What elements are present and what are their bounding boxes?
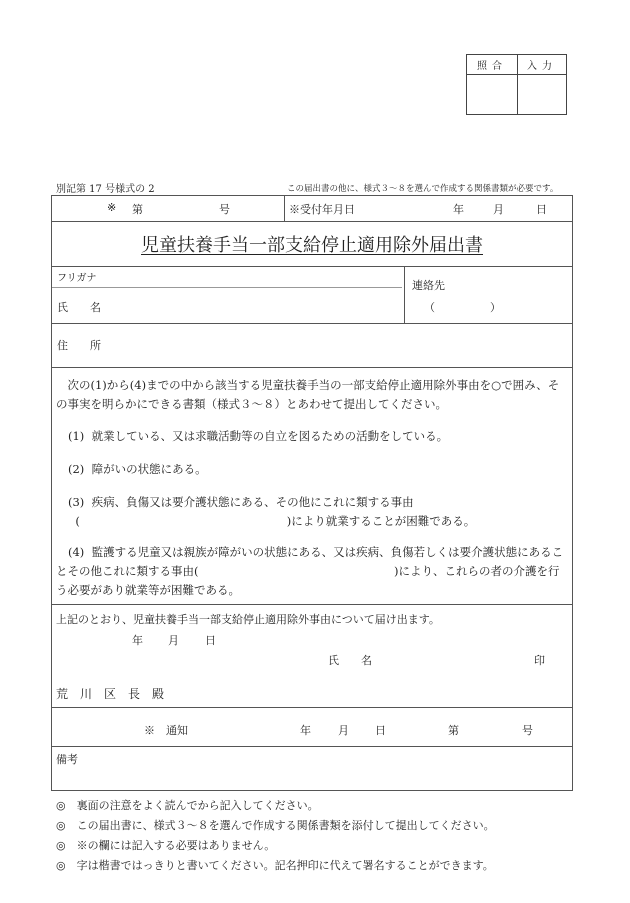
number-dai: 第 bbox=[132, 201, 143, 217]
address-field[interactable] bbox=[112, 324, 572, 366]
number-mark: ※ bbox=[107, 201, 116, 214]
item-1[interactable]: (1) 就業している、又は求職活動等の自立を図るための活動をしている。 bbox=[68, 427, 568, 446]
declaration-day: 日 bbox=[205, 632, 216, 648]
footnote-3: ◎ ※の欄には記入する必要はありません。 bbox=[56, 837, 275, 853]
remarks-field[interactable] bbox=[52, 747, 572, 790]
check-label: 照合 bbox=[467, 57, 517, 72]
contact-field[interactable] bbox=[405, 267, 573, 323]
seal-mark: 印 bbox=[534, 652, 545, 668]
declaration-month: 月 bbox=[168, 632, 179, 648]
notice-year: 年 bbox=[300, 722, 311, 738]
instructions-intro: 次の(1)から(4)までの中から該当する児童扶養手当の一部支給停止適用除外事由を… bbox=[56, 376, 570, 414]
verification-box: 照合 入力 bbox=[466, 54, 567, 115]
form-title: 児童扶養手当一部支給停止適用除外届出書 bbox=[52, 231, 572, 257]
notice-dai: 第 bbox=[448, 722, 459, 738]
address-label: 住 所 bbox=[57, 337, 101, 353]
footnote-1: ◎ 裏面の注意をよく読んでから記入してください。 bbox=[56, 797, 319, 813]
received-year: 年 bbox=[453, 201, 464, 217]
declaration-text: 上記のとおり、児童扶養手当一部支給停止適用除外事由について届け出ます。 bbox=[56, 611, 440, 627]
received-date-label: ※受付年月日 bbox=[289, 201, 355, 217]
received-day: 日 bbox=[536, 201, 547, 217]
notice-go: 号 bbox=[522, 722, 533, 738]
declaration-year: 年 bbox=[132, 632, 143, 648]
furigana-field[interactable] bbox=[52, 267, 403, 287]
declarant-name-label: 氏 名 bbox=[328, 652, 372, 668]
top-note: この届出書の他に、様式３～８を選んで作成する関係書類が必要です。 bbox=[287, 182, 558, 194]
item-4[interactable]: (4) 監護する児童又は親族が障がいの状態にある、又は疾病、負傷若しくは要介護状… bbox=[56, 543, 570, 600]
number-go: 号 bbox=[219, 201, 230, 217]
received-month: 月 bbox=[493, 201, 504, 217]
input-label: 入力 bbox=[517, 57, 567, 72]
addressee: 荒 川 区 長 殿 bbox=[56, 685, 164, 702]
item-3[interactable]: (3) 疾病、負傷又は要介護状態にある、その他にこれに類する事由 ( )により就… bbox=[68, 493, 568, 531]
footnote-2: ◎ この届出書に、様式３～８を選んで作成する関係書類を添付して提出してください。 bbox=[56, 817, 495, 833]
footnote-4: ◎ 字は楷書ではっきりと書いてください。記名押印に代えて署名することができます。 bbox=[56, 857, 494, 873]
form-id: 別記第 17 号様式の 2 bbox=[56, 180, 155, 195]
name-field[interactable] bbox=[52, 288, 403, 322]
notice-day: 日 bbox=[375, 722, 386, 738]
form-frame: ※ 第 号 ※受付年月日 年 月 日 児童扶養手当一部支給停止適用除外届出書 フ… bbox=[51, 195, 573, 791]
notice-label: ※ 通知 bbox=[144, 722, 188, 738]
declarant-name-field[interactable] bbox=[382, 648, 532, 668]
item-2[interactable]: (2) 障がいの状態にある。 bbox=[68, 460, 568, 479]
notice-month: 月 bbox=[338, 722, 349, 738]
